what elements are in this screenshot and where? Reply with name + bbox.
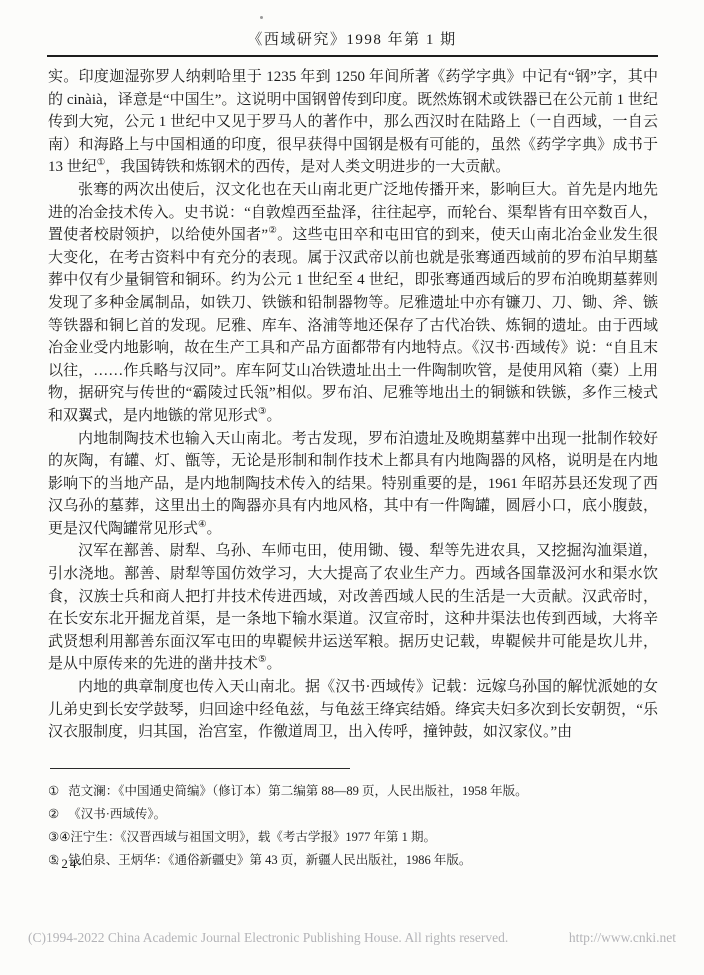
copyright-text: (C)1994-2022 China Academic Journal Elec… — [28, 930, 508, 946]
paragraph: 实。印度迦湿弥罗人纳剌哈里于 1235 年到 1250 年间所著《药学字典》中记… — [48, 66, 658, 179]
paragraph: 汉军在鄯善、尉犁、乌孙、车师屯田，使用锄、镘、犁等先进农具，又挖掘沟洫渠道，引水… — [48, 540, 658, 676]
scan-speck — [260, 16, 263, 19]
footnote-text: 范文澜：《中国通史简编》（修订本）第二编第 88—89 页，人民出版社，1958… — [68, 784, 527, 798]
body-text: 实。印度迦湿弥罗人纳剌哈里于 1235 年到 1250 年间所著《药学字典》中记… — [48, 66, 658, 744]
footnote-text: 汪宁生：《汉晋西域与祖国文明》，载《考古学报》1977 年第 1 期。 — [70, 830, 436, 844]
paragraph: 内地制陶技术也输入天山南北。考古发现，罗布泊遗址及晚期墓葬中出现一批制作较好的灰… — [48, 428, 658, 541]
header-rule — [47, 55, 658, 57]
scanned-journal-page: 《西域研究》1998 年第 1 期 实。印度迦湿弥罗人纳剌哈里于 1235 年到… — [0, 0, 704, 975]
footnote-text: 钱伯泉、王炳华：《通俗新疆史》第 43 页，新疆人民出版社，1986 年版。 — [68, 853, 471, 867]
footnote-ref: ① — [97, 158, 106, 168]
footnotes: ①范文澜：《中国通史简编》（修订本）第二编第 88—89 页，人民出版社，195… — [48, 784, 662, 876]
footnote-marker: ② — [48, 807, 59, 822]
paragraph: 张骞的两次出使后，汉文化也在天山南北更广泛地传播开来，影响巨大。首先是内地先进的… — [48, 179, 658, 428]
footnote-marker: ① — [48, 784, 59, 799]
footnote-text: 《汉书·西域传》。 — [68, 807, 166, 821]
journal-header: 《西域研究》1998 年第 1 期 — [0, 28, 704, 49]
footnote-marker: ③④ — [48, 830, 70, 845]
footnote-ref: ② — [268, 226, 277, 236]
footnote-ref: ⑤ — [258, 655, 267, 665]
page-number: ·24· — [55, 856, 85, 872]
footnote-row: ①范文澜：《中国通史简编》（修订本）第二编第 88—89 页，人民出版社，195… — [48, 784, 662, 799]
footnote-row: ②《汉书·西域传》。 — [48, 807, 662, 822]
footer-url: http://www.cnki.net — [569, 930, 676, 946]
footnote-divider — [50, 768, 350, 769]
footnote-row: ③④汪宁生：《汉晋西域与祖国文明》，载《考古学报》1977 年第 1 期。 — [48, 830, 662, 845]
footnote-row: ⑤钱伯泉、王炳华：《通俗新疆史》第 43 页，新疆人民出版社，1986 年版。 — [48, 853, 662, 868]
footnote-ref: ④ — [198, 520, 207, 530]
copyright-footer: (C)1994-2022 China Academic Journal Elec… — [28, 930, 676, 946]
paragraph: 内地的典章制度也传入天山南北。据《汉书·西域传》记载：远嫁乌孙国的解忧派她的女儿… — [48, 676, 658, 744]
footnote-ref: ③ — [258, 407, 267, 417]
